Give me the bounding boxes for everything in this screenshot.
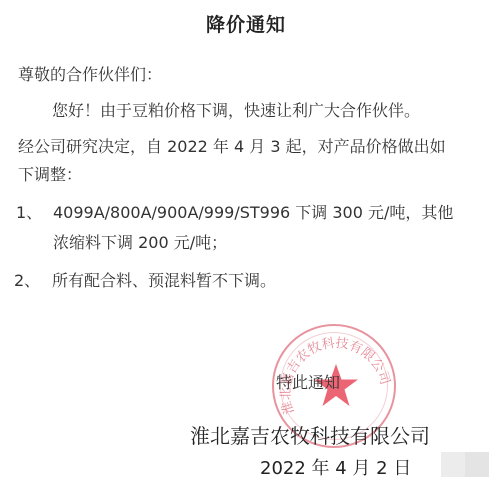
paragraph-greeting: 您好！由于豆粕价格下调，快速让利广大合作伙伴。	[52, 98, 420, 121]
notice-date: 2022 年 4 月 2 日	[260, 454, 411, 477]
item-2-line1: 所有配合料、预混料暂不下调。	[52, 268, 276, 291]
paragraph-decision-line1: 经公司研究决定，自 2022 年 4 月 3 起，对产品价格做出如	[18, 134, 446, 157]
item-1-line2: 浓缩料下调 200 元/吨；	[53, 230, 227, 253]
item-number-1: 1、	[16, 200, 42, 223]
item-1-line1: 4099A/800A/900A/999/ST996 下调 300 元/吨，其他	[53, 200, 453, 223]
blurred-corner-2	[465, 452, 489, 477]
closing-text: 特此通知	[276, 370, 340, 393]
item-number-2: 2、	[14, 268, 40, 291]
paragraph-decision-line2: 下调整：	[18, 162, 82, 185]
document-title: 降价通知	[0, 10, 492, 37]
company-name: 淮北嘉吉农牧科技有限公司	[190, 420, 430, 449]
salutation: 尊敬的合作伙伴们：	[18, 62, 162, 85]
